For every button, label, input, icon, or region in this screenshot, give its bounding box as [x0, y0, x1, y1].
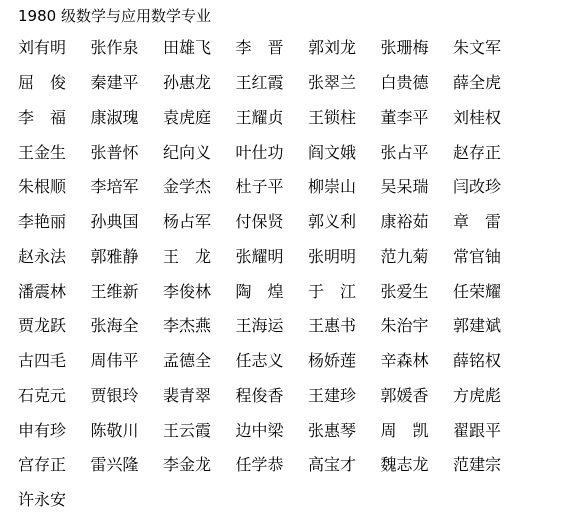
roster-row: 宫存正雷兴隆李金龙任学恭高宝才魏志龙范建宗	[18, 448, 563, 483]
name-cell: 辛森林	[381, 352, 454, 370]
name-cell: 杨占军	[163, 213, 236, 231]
roster-row: 朱根顺李培军金学杰杜子平柳崇山吴呆瑞闫改珍	[18, 170, 563, 205]
roster-row: 潘震林王维新李俊林陶 煌于 江张爱生任荣耀	[18, 274, 563, 309]
name-cell: 薛铭权	[453, 352, 526, 370]
roster-row: 贾龙跃张海全李杰燕王海运王惠书朱治宇郭建斌	[18, 309, 563, 344]
name-cell: 贾龙跃	[18, 317, 91, 335]
name-cell: 刘有明	[18, 39, 91, 57]
name-cell: 叶仕功	[236, 144, 309, 162]
name-cell: 朱文军	[453, 39, 526, 57]
name-cell: 秦建平	[91, 74, 164, 92]
name-cell: 高宝才	[308, 456, 381, 474]
name-cell: 李金龙	[163, 456, 236, 474]
name-cell: 任志义	[236, 352, 309, 370]
name-cell: 王海运	[236, 317, 309, 335]
roster-page: 1980 级数学与应用数学专业 刘有明张作泉田雄飞李 晋郭刘龙张珊梅朱文军屈 俊…	[0, 0, 580, 519]
name-cell: 王锁柱	[308, 109, 381, 127]
roster-row: 李艳丽孙典国杨占军付保贤郭义利康裕茹章 雷	[18, 205, 563, 240]
name-cell: 孙惠龙	[163, 74, 236, 92]
name-cell: 郭刘龙	[308, 39, 381, 57]
name-cell: 王建珍	[308, 387, 381, 405]
name-cell: 董李平	[381, 109, 454, 127]
name-cell: 王金生	[18, 144, 91, 162]
name-cell: 常官铀	[453, 248, 526, 266]
roster-row: 申有珍陈敬川王云霞边中梁张惠琴周 凯翟跟平	[18, 413, 563, 448]
name-cell: 方虎彪	[453, 387, 526, 405]
name-cell: 王维新	[91, 283, 164, 301]
name-cell: 闫改珍	[453, 178, 526, 196]
name-cell: 张明明	[308, 248, 381, 266]
roster-row: 石克元贾银玲裴青翠程俊香王建珍郭媛香方虎彪	[18, 379, 563, 414]
name-cell: 李 晋	[236, 39, 309, 57]
name-cell: 于 江	[308, 283, 381, 301]
name-cell: 李杰燕	[163, 317, 236, 335]
name-cell: 杨娇莲	[308, 352, 381, 370]
roster-row: 赵永法郭雅静王 龙张耀明张明明范九菊常官铀	[18, 240, 563, 275]
roster-row: 王金生张普怀纪向义叶仕功阎文娥张占平赵存正	[18, 135, 563, 170]
name-cell: 郭媛香	[381, 387, 454, 405]
name-cell: 申有珍	[18, 422, 91, 440]
name-cell: 张耀明	[236, 248, 309, 266]
name-cell: 刘桂权	[453, 109, 526, 127]
name-cell: 张惠琴	[308, 422, 381, 440]
name-cell: 张普怀	[91, 144, 164, 162]
name-cell: 付保贤	[236, 213, 309, 231]
name-cell: 魏志龙	[381, 456, 454, 474]
name-cell: 王 龙	[163, 248, 236, 266]
name-cell: 翟跟平	[453, 422, 526, 440]
name-cell: 张珊梅	[381, 39, 454, 57]
name-cell: 孟德全	[163, 352, 236, 370]
roster-row: 刘有明张作泉田雄飞李 晋郭刘龙张珊梅朱文军	[18, 31, 563, 66]
roster-row: 古四毛周伟平孟德全任志义杨娇莲辛森林薛铭权	[18, 344, 563, 379]
name-cell: 朱根顺	[18, 178, 91, 196]
name-cell: 张海全	[91, 317, 164, 335]
name-cell: 康淑瑰	[91, 109, 164, 127]
name-cell: 张占平	[381, 144, 454, 162]
name-cell: 潘震林	[18, 283, 91, 301]
name-cell: 张翠兰	[308, 74, 381, 92]
name-cell: 范九菊	[381, 248, 454, 266]
name-cell: 田雄飞	[163, 39, 236, 57]
name-cell: 李艳丽	[18, 213, 91, 231]
name-cell: 古四毛	[18, 352, 91, 370]
name-cell: 屈 俊	[18, 74, 91, 92]
name-cell: 范建宗	[453, 456, 526, 474]
name-cell: 白贵德	[381, 74, 454, 92]
name-cell: 王惠书	[308, 317, 381, 335]
name-cell: 柳崇山	[308, 178, 381, 196]
roster-row: 许永安	[18, 483, 563, 518]
page-title: 1980 级数学与应用数学专业	[18, 6, 211, 26]
name-cell: 李俊林	[163, 283, 236, 301]
roster-row: 李 福康淑瑰袁虎庭王耀贞王锁柱董李平刘桂权	[18, 101, 563, 136]
name-cell: 贾银玲	[91, 387, 164, 405]
name-cell: 雷兴隆	[91, 456, 164, 474]
name-cell: 郭义利	[308, 213, 381, 231]
name-cell: 任学恭	[236, 456, 309, 474]
name-cell: 章 雷	[453, 213, 526, 231]
name-cell: 石克元	[18, 387, 91, 405]
name-roster: 刘有明张作泉田雄飞李 晋郭刘龙张珊梅朱文军屈 俊秦建平孙惠龙王红霞张翠兰白贵德薛…	[18, 31, 563, 518]
roster-row: 屈 俊秦建平孙惠龙王红霞张翠兰白贵德薛全虎	[18, 66, 563, 101]
name-cell: 朱治宇	[381, 317, 454, 335]
name-cell: 郭雅静	[91, 248, 164, 266]
name-cell: 宫存正	[18, 456, 91, 474]
name-cell: 边中梁	[236, 422, 309, 440]
name-cell: 袁虎庭	[163, 109, 236, 127]
name-cell: 赵存正	[453, 144, 526, 162]
name-cell: 许永安	[18, 491, 91, 509]
name-cell: 阎文娥	[308, 144, 381, 162]
name-cell: 孙典国	[91, 213, 164, 231]
name-cell: 周伟平	[91, 352, 164, 370]
name-cell: 吴呆瑞	[381, 178, 454, 196]
name-cell: 金学杰	[163, 178, 236, 196]
name-cell: 陈敬川	[91, 422, 164, 440]
name-cell: 程俊香	[236, 387, 309, 405]
name-cell: 赵永法	[18, 248, 91, 266]
name-cell: 张爱生	[381, 283, 454, 301]
name-cell: 王云霞	[163, 422, 236, 440]
name-cell: 周 凯	[381, 422, 454, 440]
name-cell: 任荣耀	[453, 283, 526, 301]
name-cell: 康裕茹	[381, 213, 454, 231]
name-cell: 陶 煌	[236, 283, 309, 301]
name-cell: 裴青翠	[163, 387, 236, 405]
name-cell: 郭建斌	[453, 317, 526, 335]
name-cell: 纪向义	[163, 144, 236, 162]
name-cell: 李 福	[18, 109, 91, 127]
name-cell: 薛全虎	[453, 74, 526, 92]
name-cell: 杜子平	[236, 178, 309, 196]
name-cell: 张作泉	[91, 39, 164, 57]
name-cell: 王红霞	[236, 74, 309, 92]
name-cell: 李培军	[91, 178, 164, 196]
name-cell: 王耀贞	[236, 109, 309, 127]
